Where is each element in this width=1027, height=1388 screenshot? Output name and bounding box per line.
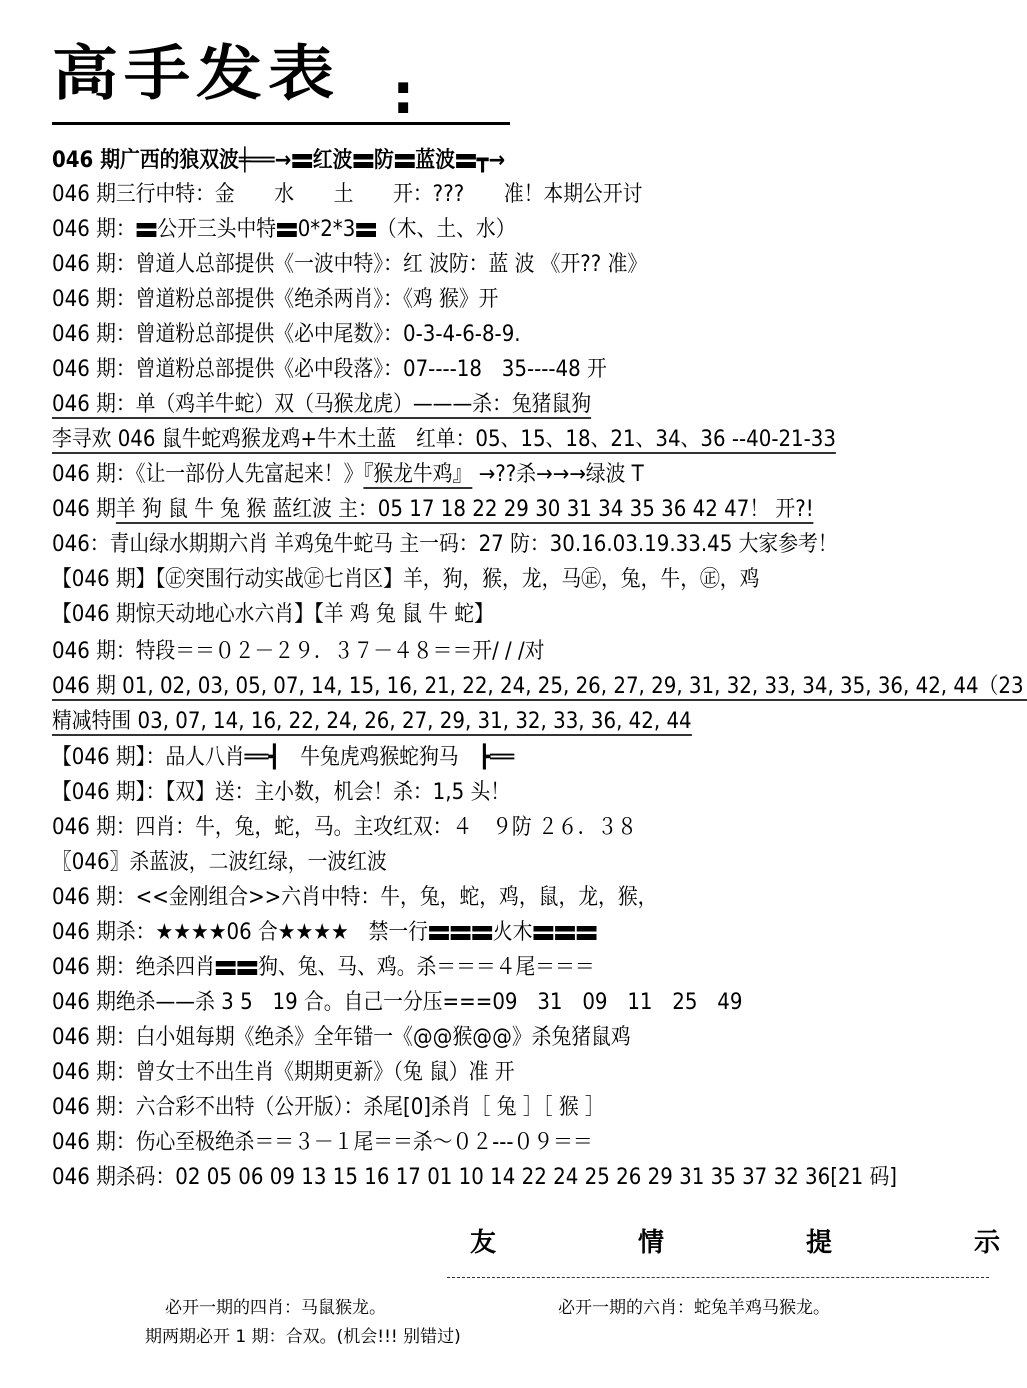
line-text: →??杀→→→绿波 T bbox=[472, 462, 643, 487]
list-item: 046 期：单（鸡羊牛蛇）双（马猴龙虎）———杀：兔猪鼠狗 bbox=[52, 390, 591, 420]
arrow-icon: ┳→ bbox=[477, 148, 506, 173]
double-tip: 期两期必开 1 期：合双。(机会!!! 别错过) bbox=[145, 1326, 461, 1348]
title-text: 高手发表 bbox=[52, 38, 340, 110]
list-item: 李寻欢 046 鼠牛蛇鸡猴龙鸡+牛木土蓝 红单：05、15、18、21、34、3… bbox=[52, 425, 836, 455]
reminder-heading: 友 情 提 示 bbox=[470, 1222, 1000, 1259]
list-item: 046 期羊 狗 鼠 牛 兔 猴 蓝红波 主：05 17 18 22 29 30… bbox=[52, 495, 814, 525]
heading-char: 情 bbox=[638, 1222, 664, 1259]
double-bar-icon bbox=[429, 926, 449, 940]
line-text: 046 期广西的狼双波 bbox=[52, 148, 239, 173]
list-item: 046 期：曾道人总部提供《一波中特》：红 波防：蓝 波 《开?? 准》 bbox=[52, 250, 647, 280]
line-text: 精减特围 03, 07, 14, 16, 22, 24, 26, 27, 29,… bbox=[52, 709, 692, 736]
heading-char: 示 bbox=[974, 1222, 1000, 1259]
list-item: 046 期：《让一部份人先富起来！》『猴龙牛鸡』 →??杀→→→绿波 T bbox=[52, 460, 644, 490]
double-bar-icon bbox=[450, 926, 470, 940]
double-bar-icon bbox=[137, 223, 157, 237]
list-item: 046 期绝杀——杀 3 5 19 合。自己一分压===09 31 09 11 … bbox=[52, 988, 743, 1018]
list-item: 046 期：<<金刚组合>>六肖中特：牛，兔，蛇，鸡，鼠，龙，猴， bbox=[52, 883, 657, 913]
double-bar-icon bbox=[456, 154, 476, 168]
list-item: 046 期杀码：02 05 06 09 13 15 16 17 01 10 14… bbox=[52, 1163, 897, 1193]
line-text: 狗、兔、马、鸡。杀＝＝＝４尾＝＝＝ bbox=[258, 955, 595, 980]
title-colon: : bbox=[392, 60, 414, 130]
double-bar-icon bbox=[555, 926, 575, 940]
double-bar-icon bbox=[356, 223, 376, 237]
double-bar-icon bbox=[533, 926, 553, 940]
list-item: 046 期：绝杀四肖狗、兔、马、鸡。杀＝＝＝４尾＝＝＝ bbox=[52, 953, 595, 983]
list-item: 046 期三行中特：金 水 土 开：??? 准！本期公开讨 bbox=[52, 180, 642, 210]
list-item: 046 期：曾道粉总部提供《绝杀两肖》：《鸡 猴》开 bbox=[52, 285, 498, 315]
line-text: 046 期 01, 02, 03, 05, 07, 14, 15, 16, 21… bbox=[52, 674, 1027, 701]
list-item: 046 期 01, 02, 03, 05, 07, 14, 15, 16, 21… bbox=[52, 672, 1027, 702]
title-underline bbox=[52, 122, 510, 125]
line-text: 046 期杀：★★★★06 合★★★★ 禁一行 bbox=[52, 920, 428, 945]
line-text: 蓝波 bbox=[415, 148, 455, 173]
list-item: 046 期：白小姐每期《绝杀》全年错一《@@猴@@》杀兔猪鼠鸡 bbox=[52, 1023, 631, 1053]
line-text: 公开三头中特 bbox=[157, 217, 276, 242]
list-item: 046 期：六合彩不出特（公开版）：杀尾[0]杀肖［ 兔 ］［ 猴 ］ bbox=[52, 1093, 605, 1123]
list-item: 【046 期惊天动地心水六肖】【羊 鸡 兔 鼠 牛 蛇】 bbox=[52, 600, 494, 630]
double-bar-icon bbox=[277, 223, 297, 237]
arrow-icon: ╪══→ bbox=[239, 148, 291, 173]
line-text: 红波 bbox=[313, 148, 353, 173]
list-item: 046 期：伤心至极绝杀＝＝３－１尾＝＝杀～０２---０９＝＝ bbox=[52, 1128, 593, 1158]
line-text: 火木 bbox=[493, 920, 533, 945]
list-item: 046 期：曾道粉总部提供《必中段落》：07----18 35----48 开 bbox=[52, 355, 607, 385]
double-bar-icon bbox=[237, 961, 257, 975]
double-bar-icon bbox=[292, 154, 312, 168]
list-item: 【046 期】：【双】送：主小数，机会！杀：1,5 头！ bbox=[52, 778, 510, 808]
four-zodiac-tip: 必开一期的四肖：马鼠猴龙。 bbox=[165, 1297, 386, 1319]
list-item: 〖046〗杀蓝波，二波红绿，一波红波 bbox=[52, 848, 387, 878]
list-item: 046 期：曾女士不出生肖《期期更新》（兔 鼠）准 开 bbox=[52, 1058, 515, 1088]
line-text: 046 期：《让一部份人先富起来！》 bbox=[52, 462, 363, 487]
double-bar-icon bbox=[472, 926, 492, 940]
line-text: 046 期：单（鸡羊牛蛇）双（马猴龙虎）———杀：兔猪鼠狗 bbox=[52, 392, 591, 419]
list-item: 046 期：曾道粉总部提供《必中尾数》：0-3-4-6-8-9. bbox=[52, 320, 521, 350]
line-text: （木、土、水） bbox=[377, 217, 516, 242]
list-item: 046 期：四肖：牛，兔，蛇，马。主攻红双：４ ９防 ２６．３８ bbox=[52, 813, 637, 843]
list-item: 046：青山绿水期期六肖 羊鸡兔牛蛇马 主一码：27 防：30.16.03.19… bbox=[52, 530, 838, 560]
heading-char: 提 bbox=[806, 1222, 832, 1259]
line-text: 李寻欢 046 鼠牛蛇鸡猴龙鸡+牛木土蓝 红单：05、15、18、21、34、3… bbox=[52, 427, 836, 454]
list-item: 046 期：特段＝＝０２－２９．３７－４８＝＝开/ / /对 bbox=[52, 637, 544, 667]
line-text: 046 期：绝杀四肖 bbox=[52, 955, 215, 980]
line-text: 046 期 bbox=[52, 497, 116, 522]
list-item: 【046 期】：品人八肖══┫ 牛兔虎鸡猴蛇狗马 ┣══ bbox=[52, 743, 514, 773]
line-text: 046 期： bbox=[52, 217, 136, 242]
double-bar-icon bbox=[577, 926, 597, 940]
list-item: 046 期：公开三头中特0*2*3（木、土、水） bbox=[52, 215, 516, 245]
line-text: 0*2*3 bbox=[298, 217, 356, 242]
six-zodiac-tip: 必开一期的六肖：蛇兔羊鸡马猴龙。 bbox=[558, 1297, 830, 1319]
list-item: 046 期广西的狼双波╪══→红波防蓝波┳→ bbox=[52, 146, 505, 176]
dashed-divider bbox=[447, 1277, 989, 1278]
line-text: 羊 狗 鼠 牛 兔 猴 蓝红波 主：05 17 18 22 29 30 31 3… bbox=[116, 497, 814, 524]
heading-char: 友 bbox=[470, 1222, 496, 1259]
list-item: 【046 期】【㊣突围行动实战㊣七肖区】羊，狗，猴，龙，马㊣，兔，牛，㊣，鸡 bbox=[52, 565, 759, 595]
double-bar-icon bbox=[353, 154, 373, 168]
line-text: 防 bbox=[374, 148, 394, 173]
list-item: 精减特围 03, 07, 14, 16, 22, 24, 26, 27, 29,… bbox=[52, 707, 692, 737]
double-bar-icon bbox=[395, 154, 415, 168]
list-item: 046 期杀：★★★★06 合★★★★ 禁一行火木 bbox=[52, 918, 597, 948]
line-text: 『猴龙牛鸡』 bbox=[363, 462, 472, 489]
double-bar-icon bbox=[216, 961, 236, 975]
